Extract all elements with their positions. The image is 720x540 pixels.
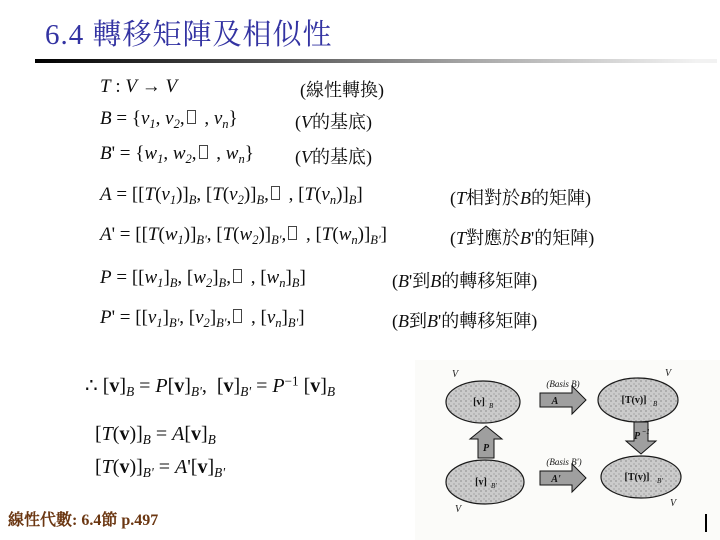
formula-math: ∴ [v]B = P[v]B', [v]B' = P−1 [v]B (85, 373, 335, 400)
formula-line-basis-b-prime: B' = {w1, w2, , wn} (V的基底) (0, 143, 720, 177)
formula-line-matrix-a-prime: A' = [[T(w1)]B', [T(w2)]B', , [T(wn)]B']… (0, 224, 720, 258)
node-vbp-label: [v] (475, 477, 487, 488)
v-label-bottom-left: V (455, 504, 463, 515)
formula-annotation: (B'到B的轉移矩陣) (392, 267, 537, 293)
arrow-p-inverse-exponent: −1 (642, 428, 650, 436)
formula-math: [T(v)]B' = A'[v]B' (95, 456, 225, 481)
text-cursor-mark (705, 514, 707, 532)
v-label-top-left: V (452, 369, 460, 380)
arrow-a-prime-label: A' (550, 474, 561, 485)
formula-annotation: (T相對於B的矩陣) (450, 184, 591, 210)
v-label-bottom-right: V (670, 498, 678, 509)
formula-line-transformation: T : V → V (線性轉換) (0, 76, 720, 110)
formula-annotation: (線性轉換) (300, 76, 384, 102)
formula-annotation: (T對應於B'的矩陣) (450, 224, 594, 250)
arrow-p-label: P (483, 443, 490, 454)
formula-math: [T(v)]B = A[v]B (95, 423, 216, 448)
formula-math: A = [[T(v1)]B, [T(v2)]B, , [T(vn)]B] (100, 184, 363, 208)
formula-math: P = [[w1]B, [w2]B, , [wn]B] (100, 267, 306, 291)
node-vbp-subscript: B' (491, 482, 497, 490)
formula-line-matrix-p: P = [[w1]B, [w2]B, , [wn]B] (B'到B的轉移矩陣) (0, 267, 720, 301)
formula-math: T : V → V (100, 76, 177, 98)
formula-annotation: (V的基底) (295, 108, 372, 134)
arrow-p-inverse-down (626, 422, 656, 454)
formula-annotation: (V的基底) (295, 143, 372, 169)
node-vb-label: [v] (473, 397, 485, 408)
arrow-a-label: A (551, 396, 559, 407)
page-title: 6.4 轉移矩陣及相似性 (45, 12, 333, 53)
formula-math: B = {v1, v2, , vn} (100, 108, 238, 132)
formula-math: B' = {w1, w2, , wn} (100, 143, 254, 167)
title-divider (35, 59, 717, 63)
lecture-slide: 6.4 轉移矩陣及相似性 T : V → V (線性轉換) B = {v1, v… (0, 0, 720, 540)
formula-math: A' = [[T(w1)]B', [T(w2)]B', , [T(wn)]B'] (100, 224, 387, 248)
v-label-top-right: V (665, 368, 673, 379)
formula-line-matrix-a: A = [[T(v1)]B, [T(v2)]B, , [T(vn)]B] (T相… (0, 184, 720, 218)
node-vb-subscript: B (489, 402, 494, 410)
basis-diagram: V V V V (Basis B) (Basis B') A A' P P −1… (415, 360, 720, 540)
basis-b-caption: (Basis B) (546, 379, 579, 389)
footer-reference: 線性代數: 6.4節 p.497 (8, 507, 158, 530)
arrow-a (540, 386, 586, 414)
basis-b-prime-caption: (Basis B') (546, 457, 581, 467)
formula-math: P' = [[v1]B', [v2]B', , [vn]B'] (100, 307, 305, 331)
arrow-a-prime (540, 464, 586, 492)
node-tvb-subscript: B (653, 400, 658, 408)
node-tvbp-subscript: B' (657, 477, 663, 485)
formula-annotation: (B到B'的轉移矩陣) (392, 307, 537, 333)
formula-line-basis-b: B = {v1, v2, , vn} (V的基底) (0, 108, 720, 142)
node-tvbp-label: [T(v)] (625, 472, 650, 483)
node-tvb-label: [T(v)] (622, 395, 647, 406)
formula-line-matrix-p-prime: P' = [[v1]B', [v2]B', , [vn]B'] (B到B'的轉移… (0, 307, 720, 341)
arrow-p-inverse-label: P (634, 431, 641, 442)
